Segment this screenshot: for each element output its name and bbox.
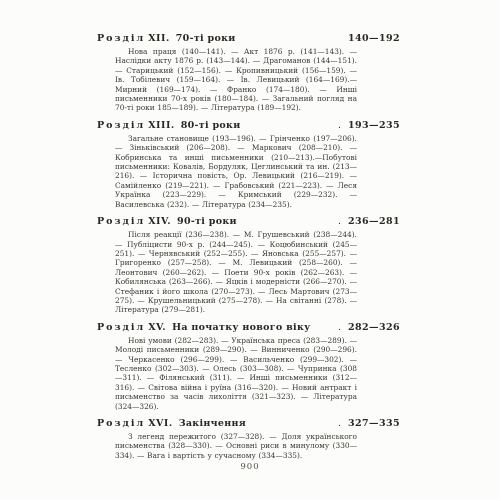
chapter-page-range: 193—235 [348, 120, 400, 131]
chapter-word: Розділ [97, 216, 145, 227]
chapter-title: 90-ті роки [177, 216, 237, 227]
chapter-heading: Розділ XVI. Закінчення . 327—335 [97, 418, 400, 429]
chapter-page-range: 327—335 [348, 418, 400, 429]
chapter-heading: Розділ XIII. 80-ті роки . 193—235 [97, 120, 400, 131]
chapter-contents-text: Загальне становище (193—196). — Грінченк… [115, 134, 357, 209]
toc-section-15: Розділ XV. На початку нового віку . 282—… [97, 322, 400, 411]
folio-page-number: 900 [0, 462, 500, 472]
chapter-contents-text: З легенд пережитого (327—328). — Доля ук… [115, 432, 357, 460]
scanned-book-page: Розділ XII. 70-ті роки 140—192 Нова прац… [0, 0, 500, 500]
chapter-contents-text: Нова праця (140—141). — Акт 1876 р. (141… [115, 47, 357, 113]
chapter-numeral: XIII. [148, 120, 175, 131]
chapter-title: 70-ті роки [176, 33, 236, 44]
chapter-title: На початку нового віку [172, 322, 310, 333]
chapter-page-range: 282—326 [348, 322, 400, 333]
toc-section-13: Розділ XIII. 80-ті роки . 193—235 Загаль… [97, 120, 400, 209]
leader-dot: . [338, 418, 341, 429]
leader-dot: . [338, 322, 341, 333]
chapter-page-range: 236—281 [348, 216, 400, 227]
chapter-word: Розділ [97, 33, 145, 44]
table-of-contents: Розділ XII. 70-ті роки 140—192 Нова прац… [97, 33, 400, 460]
chapter-numeral: XVI. [148, 418, 173, 429]
chapter-contents-text: Після реакції (236—238). — М. Грушевськи… [115, 230, 357, 315]
chapter-heading: Розділ XIV. 90-ті роки . 236—281 [97, 216, 400, 227]
chapter-numeral: XIV. [148, 216, 171, 227]
toc-section-12: Розділ XII. 70-ті роки 140—192 Нова прац… [97, 33, 400, 113]
chapter-numeral: XV. [148, 322, 166, 333]
chapter-title: Закінчення [179, 418, 246, 429]
chapter-word: Розділ [97, 120, 145, 131]
toc-section-14: Розділ XIV. 90-ті роки . 236—281 Після р… [97, 216, 400, 315]
chapter-word: Розділ [97, 322, 145, 333]
chapter-page-range: 140—192 [348, 33, 400, 44]
chapter-numeral: XII. [148, 33, 170, 44]
toc-section-16: Розділ XVI. Закінчення . 327—335 З леген… [97, 418, 400, 460]
chapter-heading: Розділ XII. 70-ті роки 140—192 [97, 33, 400, 44]
chapter-contents-text: Нові умови (282—283). — Українська преса… [115, 336, 357, 411]
leader-dot: . [338, 216, 341, 227]
chapter-heading: Розділ XV. На початку нового віку . 282—… [97, 322, 400, 333]
leader-dot: . [338, 120, 341, 131]
chapter-title: 80-ті роки [181, 120, 241, 131]
chapter-word: Розділ [97, 418, 145, 429]
